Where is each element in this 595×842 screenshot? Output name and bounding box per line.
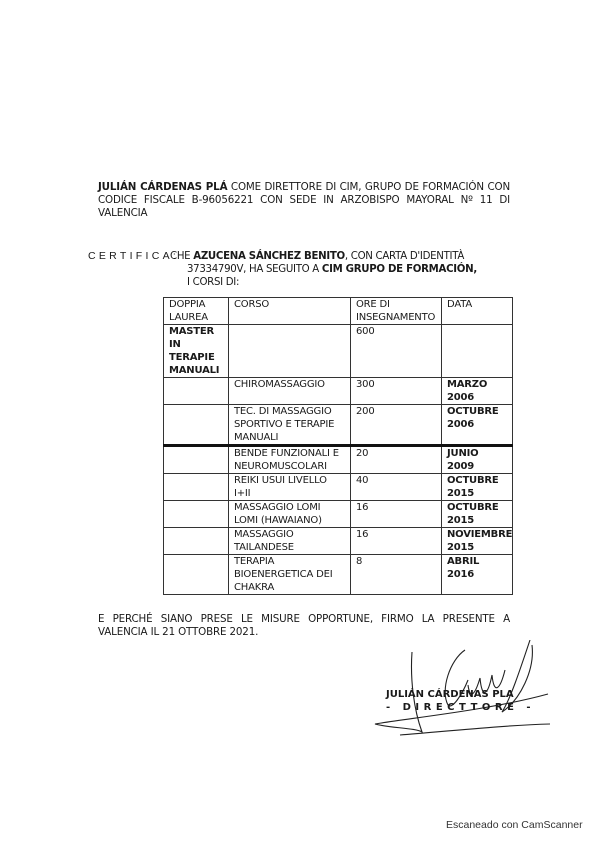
director-name: JULIÁN CÁRDENAS PLÁ: [98, 181, 227, 193]
header-laurea: DOPPIA LAUREA: [164, 298, 229, 325]
cell-ore: 200: [351, 405, 442, 446]
cell-ore: 300: [351, 378, 442, 405]
cell-data: OCTUBRE 2015: [442, 474, 513, 501]
signer-role: - DIRECTTORE -: [386, 701, 535, 714]
cell-laurea: [164, 405, 229, 446]
cell-laurea: [164, 474, 229, 501]
cell-corso: MASSAGGIO TAILANDESE: [229, 528, 351, 555]
cell-corso: REIKI USUI LIVELLO I+II: [229, 474, 351, 501]
cert-text-3: I CORSI DI:: [187, 276, 512, 289]
signer-block: JULIÁN CÁRDENAS PLA - DIRECTTORE -: [386, 688, 535, 714]
courses-table: DOPPIA LAUREA CORSO ORE DI INSEGNAMENTO …: [163, 297, 513, 595]
certifica-body: CHE AZUCENA SÁNCHEZ BENITO, CON CARTA D'…: [187, 250, 512, 289]
cert-text-2: 37334790V, HA SEGUITO A: [187, 264, 322, 275]
table-row: MASSAGGIO TAILANDESE16NOVIEMBRE 2015: [164, 528, 513, 555]
certifica-label: CERTIFICA:: [88, 250, 179, 262]
student-name: AZUCENA SÁNCHEZ BENITO: [193, 251, 345, 262]
cell-ore: 8: [351, 555, 442, 595]
cell-corso: MASSAGGIO LOMI LOMI (HAWAIANO): [229, 501, 351, 528]
header-corso: CORSO: [229, 298, 351, 325]
cell-corso: TEC. DI MASSAGGIO SPORTIVO E TERAPIE MAN…: [229, 405, 351, 446]
cell-corso: BENDE FUNZIONALI E NEUROMUSCOLARI: [229, 446, 351, 474]
cell-laurea: MASTER IN TERAPIE MANUALI: [164, 325, 229, 378]
cell-corso: TERAPIA BIOENERGETICA DEI CHAKRA: [229, 555, 351, 595]
table-row: MASTER IN TERAPIE MANUALI600: [164, 325, 513, 378]
che-text: CHE: [170, 251, 193, 262]
cell-laurea: [164, 555, 229, 595]
closing-paragraph: E PERCHÉ SIANO PRESE LE MISURE OPPORTUNE…: [98, 613, 510, 639]
table-row: TERAPIA BIOENERGETICA DEI CHAKRA8ABRIL 2…: [164, 555, 513, 595]
cell-ore: 16: [351, 501, 442, 528]
cell-laurea: [164, 528, 229, 555]
table-row: BENDE FUNZIONALI E NEUROMUSCOLARI20JUNIO…: [164, 446, 513, 474]
intro-paragraph: JULIÁN CÁRDENAS PLÁ COME DIRETTORE DI CI…: [98, 181, 510, 220]
cell-corso: CHIROMASSAGGIO: [229, 378, 351, 405]
table-row: REIKI USUI LIVELLO I+II40OCTUBRE 2015: [164, 474, 513, 501]
cell-data: NOVIEMBRE 2015: [442, 528, 513, 555]
cell-ore: 20: [351, 446, 442, 474]
cell-data: OCTUBRE 2006: [442, 405, 513, 446]
signer-name: JULIÁN CÁRDENAS PLA: [386, 688, 535, 701]
cell-ore: 40: [351, 474, 442, 501]
cell-laurea: [164, 501, 229, 528]
cell-data: OCTUBRE 2015: [442, 501, 513, 528]
table-header-row: DOPPIA LAUREA CORSO ORE DI INSEGNAMENTO …: [164, 298, 513, 325]
cell-laurea: [164, 446, 229, 474]
table-row: MASSAGGIO LOMI LOMI (HAWAIANO)16OCTUBRE …: [164, 501, 513, 528]
header-data: DATA: [442, 298, 513, 325]
cell-data: [442, 325, 513, 378]
cell-data: ABRIL 2016: [442, 555, 513, 595]
header-ore: ORE DI INSEGNAMENTO: [351, 298, 442, 325]
cell-ore: 16: [351, 528, 442, 555]
cell-corso: [229, 325, 351, 378]
cell-laurea: [164, 378, 229, 405]
table-row: TEC. DI MASSAGGIO SPORTIVO E TERAPIE MAN…: [164, 405, 513, 446]
cell-data: MARZO 2006: [442, 378, 513, 405]
camscanner-watermark: Escaneado con CamScanner: [446, 819, 583, 831]
school-name: CIM GRUPO DE FORMACIÓN,: [322, 264, 477, 275]
cert-text-1: , CON CARTA D'IDENTITÀ: [345, 251, 464, 262]
cell-data: JUNIO 2009: [442, 446, 513, 474]
table-row: CHIROMASSAGGIO300MARZO 2006: [164, 378, 513, 405]
cell-ore: 600: [351, 325, 442, 378]
